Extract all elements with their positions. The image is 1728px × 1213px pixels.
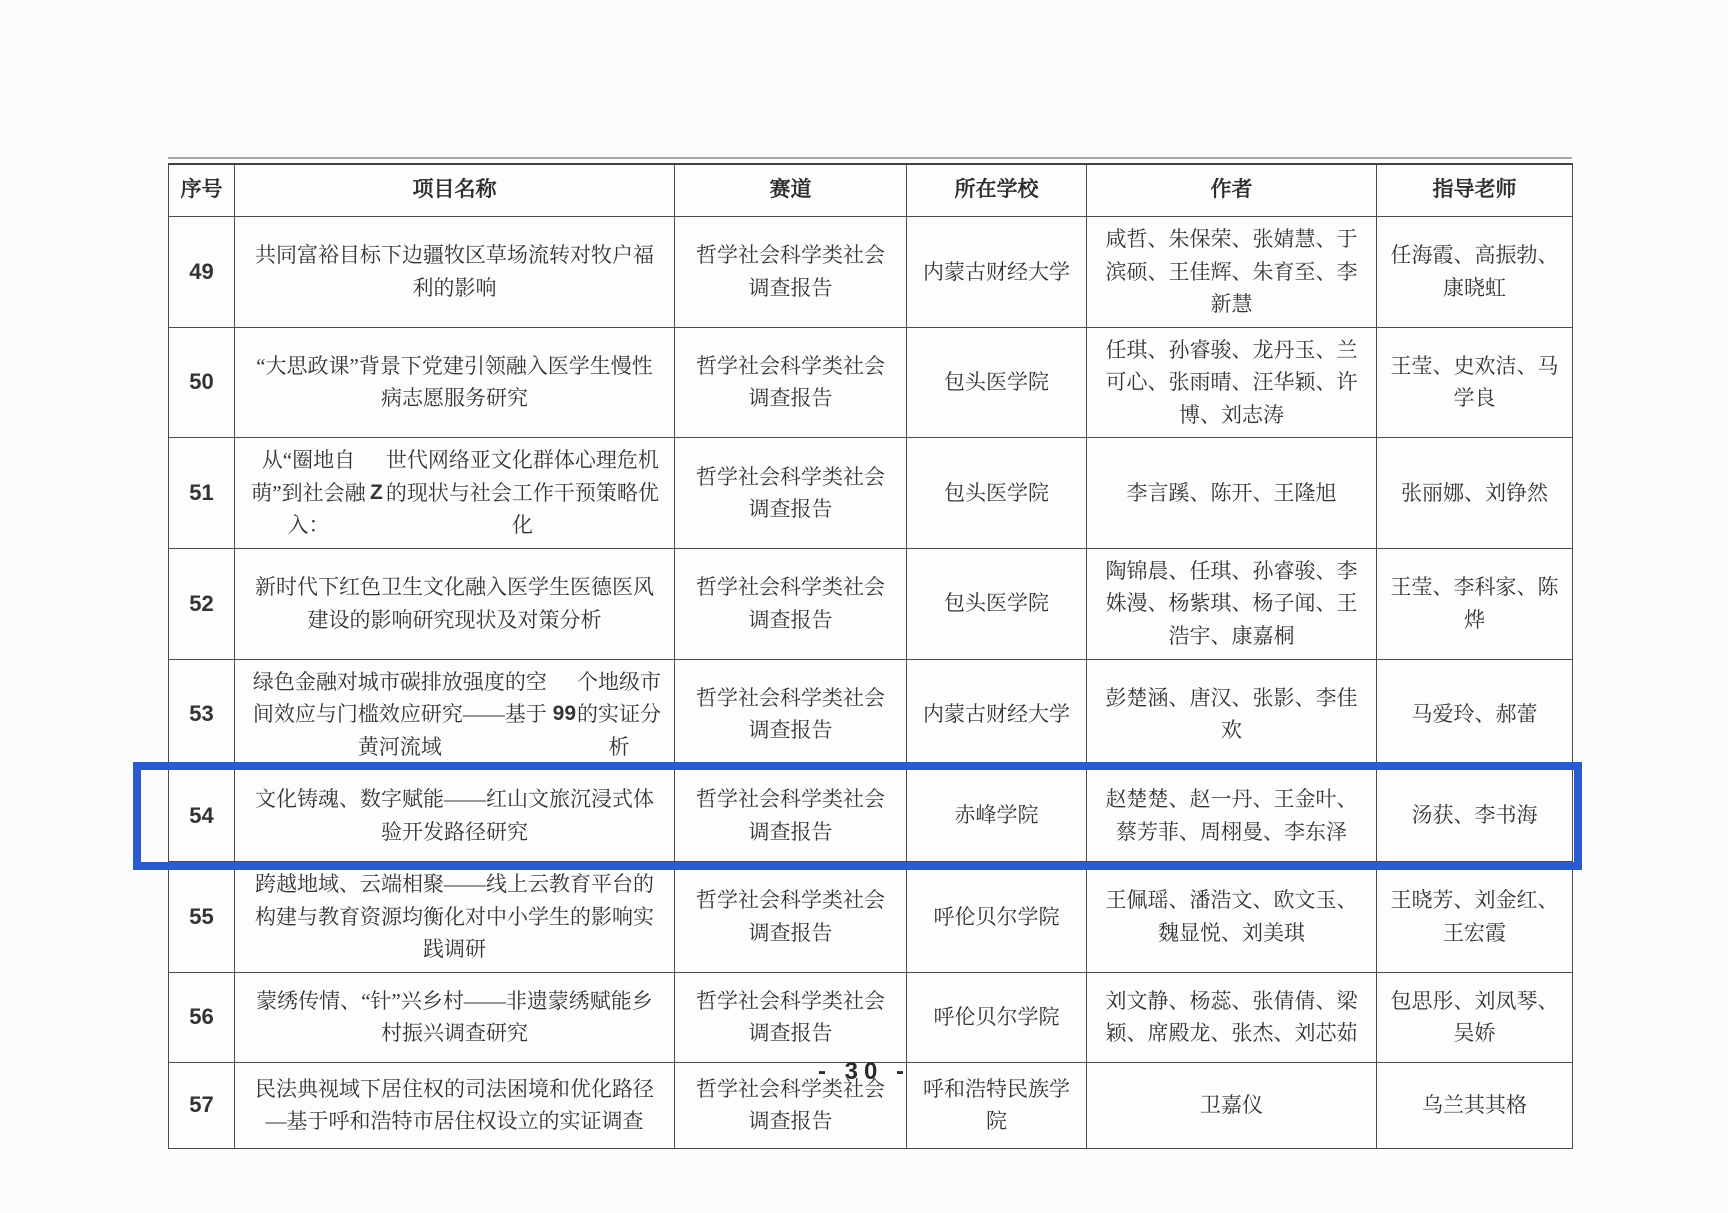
column-header-serial: 序号 — [169, 165, 235, 217]
cell-track: 哲学社会科学类社会调查报告 — [675, 862, 907, 973]
cell-serial-number: 53 — [169, 660, 235, 771]
cell-authors: 赵楚楚、赵一丹、王金叶、蔡芳菲、周栩曼、李东泽 — [1087, 770, 1377, 862]
cell-school: 包头医学院 — [907, 438, 1087, 549]
cell-advisors: 包思彤、刘凤琴、吴娇 — [1377, 973, 1573, 1063]
cell-track: 哲学社会科学类社会调查报告 — [675, 770, 907, 862]
cell-authors: 任琪、孙睿骏、龙丹玉、兰可心、张雨晴、汪华颖、许博、刘志涛 — [1087, 328, 1377, 439]
cell-advisors: 王莹、史欢洁、马学良 — [1377, 328, 1573, 439]
cell-advisors: 马爱玲、郝蕾 — [1377, 660, 1573, 771]
cell-track: 哲学社会科学类社会调查报告 — [675, 328, 907, 439]
cell-advisors: 任海霞、高振勃、康晓虹 — [1377, 217, 1573, 328]
cell-project-title: 蒙绣传情、“针”兴乡村——非遗蒙绣赋能乡村振兴调查研究 — [235, 973, 675, 1063]
cell-track: 哲学社会科学类社会调查报告 — [675, 217, 907, 328]
column-header-project-name: 项目名称 — [235, 165, 675, 217]
cell-serial-number: 52 — [169, 549, 235, 660]
cell-project-title: 跨越地域、云端相聚——线上云教育平台的构建与教育资源均衡化对中小学生的影响实践调… — [235, 862, 675, 973]
table-row: 55 跨越地域、云端相聚——线上云教育平台的构建与教育资源均衡化对中小学生的影响… — [169, 862, 1573, 973]
cell-serial-number: 56 — [169, 973, 235, 1063]
cell-project-title: 绿色金融对城市碳排放强度的空间效应与门槛效应研究——基于黄河流域 99 个地级市… — [235, 660, 675, 771]
cell-track: 哲学社会科学类社会调查报告 — [675, 973, 907, 1063]
cell-advisors: 张丽娜、刘铮然 — [1377, 438, 1573, 549]
cell-track: 哲学社会科学类社会调查报告 — [675, 549, 907, 660]
cell-serial-number: 51 — [169, 438, 235, 549]
cell-project-title: 新时代下红色卫生文化融入医学生医德医风建设的影响研究现状及对策分析 — [235, 549, 675, 660]
cell-authors: 咸哲、朱保荣、张婧慧、于滨硕、王佳辉、朱育至、李新慧 — [1087, 217, 1377, 328]
table-row: 53 绿色金融对城市碳排放强度的空间效应与门槛效应研究——基于黄河流域 99 个… — [169, 660, 1573, 771]
cell-track: 哲学社会科学类社会调查报告 — [675, 438, 907, 549]
column-header-track: 赛道 — [675, 165, 907, 217]
cell-track: 哲学社会科学类社会调查报告 — [675, 660, 907, 771]
column-header-authors: 作者 — [1087, 165, 1377, 217]
cell-authors: 彭楚涵、唐汉、张影、李佳欢 — [1087, 660, 1377, 771]
cell-school: 内蒙古财经大学 — [907, 217, 1087, 328]
table-header-row: 序号 项目名称 赛道 所在学校 作者 指导老师 — [169, 165, 1573, 217]
cell-authors: 刘文静、杨蕊、张倩倩、梁颖、席殿龙、张杰、刘芯茹 — [1087, 973, 1377, 1063]
cell-project-title: 从“圈地自萌”到社会融入：Z 世代网络亚文化群体心理危机的现状与社会工作干预策略… — [235, 438, 675, 549]
cell-project-title: “大思政课”背景下党建引领融入医学生慢性病志愿服务研究 — [235, 328, 675, 439]
cell-advisors: 汤获、李书海 — [1377, 770, 1573, 862]
cell-school: 赤峰学院 — [907, 770, 1087, 862]
cell-authors: 陶锦晨、任琪、孙睿骏、李姝漫、杨紫琪、杨子闻、王浩宇、康嘉桐 — [1087, 549, 1377, 660]
page-number: - 30 - — [0, 1058, 1728, 1086]
cell-serial-number: 55 — [169, 862, 235, 973]
column-header-advisors: 指导老师 — [1377, 165, 1573, 217]
cell-school: 包头医学院 — [907, 549, 1087, 660]
cell-serial-number: 54 — [169, 770, 235, 862]
document-page: 序号 项目名称 赛道 所在学校 作者 指导老师 49 共同富裕目标下边疆牧区草场… — [0, 0, 1728, 1213]
cell-authors: 李言蹊、陈开、王隆旭 — [1087, 438, 1377, 549]
cell-school: 呼伦贝尔学院 — [907, 862, 1087, 973]
cell-school: 内蒙古财经大学 — [907, 660, 1087, 771]
table-row: 51 从“圈地自萌”到社会融入：Z 世代网络亚文化群体心理危机的现状与社会工作干… — [169, 438, 1573, 549]
table-row: 50 “大思政课”背景下党建引领融入医学生慢性病志愿服务研究 哲学社会科学类社会… — [169, 328, 1573, 439]
projects-table: 序号 项目名称 赛道 所在学校 作者 指导老师 49 共同富裕目标下边疆牧区草场… — [168, 163, 1573, 1149]
table-row: 54 文化铸魂、数字赋能——红山文旅沉浸式体验开发路径研究 哲学社会科学类社会调… — [169, 770, 1573, 862]
cell-serial-number: 49 — [169, 217, 235, 328]
cell-advisors: 王莹、李科家、陈烨 — [1377, 549, 1573, 660]
table-top-rule — [168, 157, 1572, 159]
cell-authors: 王佩瑶、潘浩文、欧文玉、魏显悦、刘美琪 — [1087, 862, 1377, 973]
cell-serial-number: 50 — [169, 328, 235, 439]
cell-school: 呼伦贝尔学院 — [907, 973, 1087, 1063]
table-row: 49 共同富裕目标下边疆牧区草场流转对牧户福利的影响 哲学社会科学类社会调查报告… — [169, 217, 1573, 328]
cell-project-title: 共同富裕目标下边疆牧区草场流转对牧户福利的影响 — [235, 217, 675, 328]
table-row: 52 新时代下红色卫生文化融入医学生医德医风建设的影响研究现状及对策分析 哲学社… — [169, 549, 1573, 660]
cell-school: 包头医学院 — [907, 328, 1087, 439]
cell-advisors: 王晓芳、刘金红、王宏霞 — [1377, 862, 1573, 973]
cell-project-title: 文化铸魂、数字赋能——红山文旅沉浸式体验开发路径研究 — [235, 770, 675, 862]
column-header-school: 所在学校 — [907, 165, 1087, 217]
table-row: 56 蒙绣传情、“针”兴乡村——非遗蒙绣赋能乡村振兴调查研究 哲学社会科学类社会… — [169, 973, 1573, 1063]
